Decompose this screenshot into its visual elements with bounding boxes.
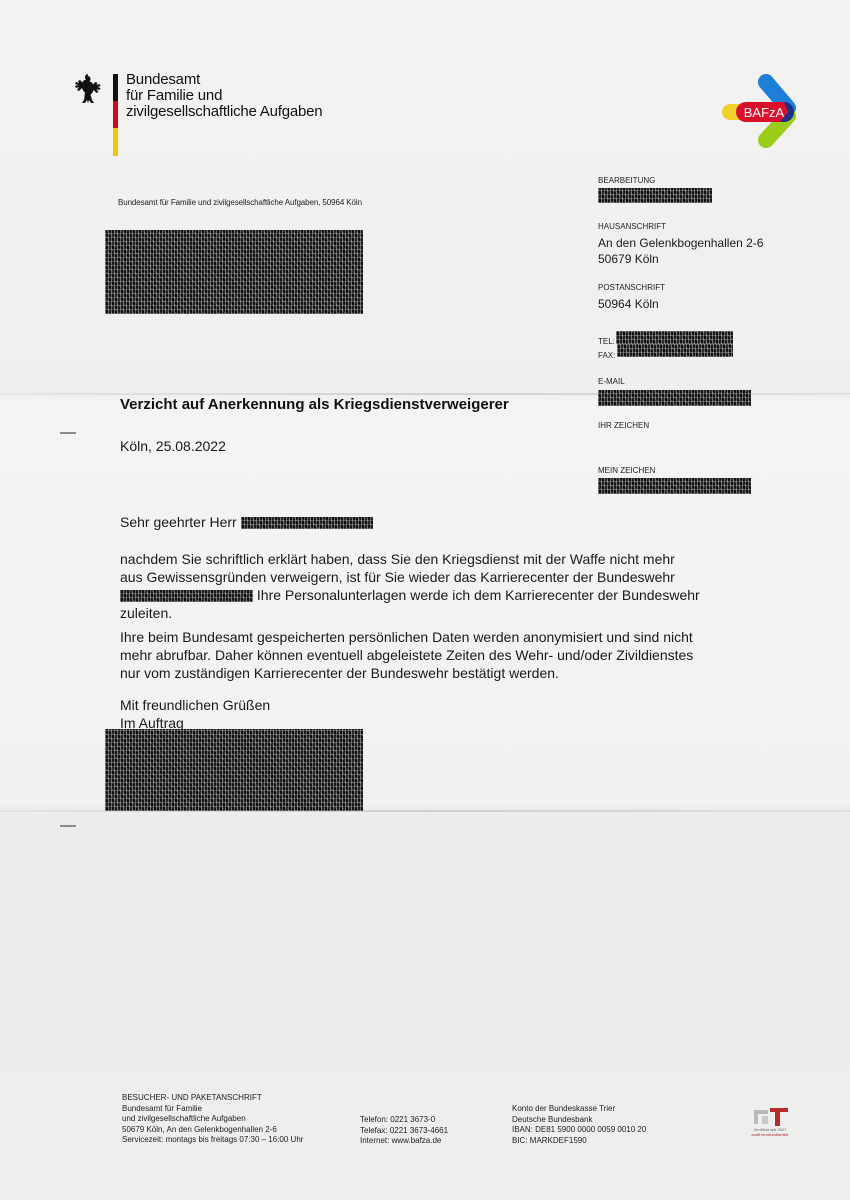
german-flag-bar <box>113 74 118 156</box>
mein-zeichen-label: MEIN ZEICHEN <box>598 466 655 475</box>
paragraph-line: zuleiten. <box>120 604 780 622</box>
paragraph-line: mehr abrufbar. Daher können eventuell ab… <box>120 646 780 664</box>
tel-label: TEL: <box>598 337 615 346</box>
salutation: Sehr geehrter Herr <box>120 513 780 531</box>
bearbeitung-label: BEARBEITUNG <box>598 176 655 185</box>
signature-redacted <box>105 729 363 811</box>
footer-line: Deutsche Bundesbank <box>512 1115 646 1126</box>
footer-line: Konto der Bundeskasse Trier <box>512 1104 646 1115</box>
footer-contact: Telefon: 0221 3673-0 Telefax: 0221 3673-… <box>360 1115 448 1147</box>
certificate-line: audit berufundfamilie <box>746 1132 794 1137</box>
salutation-text: Sehr geehrter Herr <box>120 514 237 530</box>
email-label: E-MAIL <box>598 377 625 386</box>
footer-line: und zivilgesellschaftliche Aufgaben <box>122 1114 303 1125</box>
fold-mark <box>60 432 76 434</box>
paragraph-line: aus Gewissensgründen verweigern, ist für… <box>120 568 780 586</box>
bafza-logo: BAFzA <box>722 70 802 152</box>
footer-iban: IBAN: DE81 5900 0000 0059 0010 20 <box>512 1125 646 1136</box>
footer-visitor-address: BESUCHER- UND PAKETANSCHRIFT Bundesamt f… <box>122 1093 303 1146</box>
paragraph-line: nur vom zuständigen Karrierecenter der B… <box>120 664 780 682</box>
fax-label: FAX: <box>598 351 615 360</box>
footer-website: Internet: www.bafza.de <box>360 1136 448 1147</box>
footer-line: Bundesamt für Familie <box>122 1104 303 1115</box>
letter-subject: Verzicht auf Anerkennung als Kriegsdiens… <box>120 396 509 413</box>
postanschrift-city: 50964 Köln <box>598 296 665 312</box>
sidebar-mein-zeichen: MEIN ZEICHEN <box>598 466 655 475</box>
paragraph-line: nachdem Sie schriftlich erklärt haben, d… <box>120 550 780 568</box>
tel-redacted <box>616 331 733 344</box>
footer-bank: Konto der Bundeskasse Trier Deutsche Bun… <box>512 1104 646 1146</box>
paragraph-line: Ihre beim Bundesamt gespeicherten persön… <box>120 628 780 646</box>
fold-mark <box>60 825 76 827</box>
footer-phone: Telefon: 0221 3673-0 <box>360 1115 448 1126</box>
footer-bic: BIC: MARKDEF1590 <box>512 1136 646 1147</box>
recipient-name-redacted <box>241 517 373 529</box>
sidebar-email: E-MAIL <box>598 377 625 386</box>
letter-date: Köln, 25.08.2022 <box>120 438 226 454</box>
fax-redacted <box>617 344 733 357</box>
paragraph-line-text: Ihre Personalunterlagen werde ich dem Ka… <box>253 587 700 603</box>
org-name-line: zivilgesellschaftliche Aufgaben <box>126 104 322 120</box>
hausanschrift-label: HAUSANSCHRIFT <box>598 222 763 231</box>
letter-page: Bundesamt für Familie und zivilgesellsch… <box>0 0 850 1200</box>
sidebar-tel: TEL: <box>598 333 615 347</box>
sidebar-bearbeitung: BEARBEITUNG <box>598 176 655 185</box>
closing-line: Mit freundlichen Grüßen <box>120 696 780 714</box>
sidebar-fax: FAX: <box>598 347 615 361</box>
paragraph-1: nachdem Sie schriftlich erklärt haben, d… <box>120 550 780 622</box>
postanschrift-label: POSTANSCHRIFT <box>598 283 665 292</box>
certificate-text: Zertifikat seit 2007 audit berufundfamil… <box>746 1127 794 1137</box>
closing: Mit freundlichen Grüßen Im Auftrag <box>120 696 780 732</box>
hausanschrift-city: 50679 Köln <box>598 251 763 267</box>
paragraph-2: Ihre beim Bundesamt gespeicherten persön… <box>120 628 780 682</box>
return-address: Bundesamt für Familie und zivilgesellsch… <box>118 198 362 207</box>
org-name-line: Bundesamt <box>126 72 322 88</box>
sidebar-postanschrift: POSTANSCHRIFT 50964 Köln <box>598 283 665 312</box>
federal-eagle-icon <box>72 72 104 106</box>
hausanschrift-street: An den Gelenkbogenhallen 2-6 <box>598 235 763 251</box>
email-redacted <box>598 390 751 406</box>
mein-zeichen-redacted <box>598 478 751 494</box>
footer-fax: Telefax: 0221 3673-4661 <box>360 1126 448 1137</box>
org-name-line: für Familie und <box>126 88 322 104</box>
sidebar-hausanschrift: HAUSANSCHRIFT An den Gelenkbogenhallen 2… <box>598 222 763 267</box>
footer-line: 50679 Köln, An den Gelenkbogenhallen 2-6 <box>122 1125 303 1136</box>
organization-name: Bundesamt für Familie und zivilgesellsch… <box>126 72 322 120</box>
footer-line: BESUCHER- UND PAKETANSCHRIFT <box>122 1093 303 1104</box>
bafza-logo-text: BAFzA <box>744 105 785 120</box>
paragraph-line: Ihre Personalunterlagen werde ich dem Ka… <box>120 586 780 604</box>
karrierecenter-location-redacted <box>120 590 253 602</box>
sidebar-ihr-zeichen: IHR ZEICHEN <box>598 421 649 430</box>
bearbeitung-redacted <box>598 188 712 203</box>
recipient-address-redacted <box>105 230 363 314</box>
ihr-zeichen-label: IHR ZEICHEN <box>598 421 649 430</box>
footer-line: Servicezeit: montags bis freitags 07:30 … <box>122 1135 303 1146</box>
